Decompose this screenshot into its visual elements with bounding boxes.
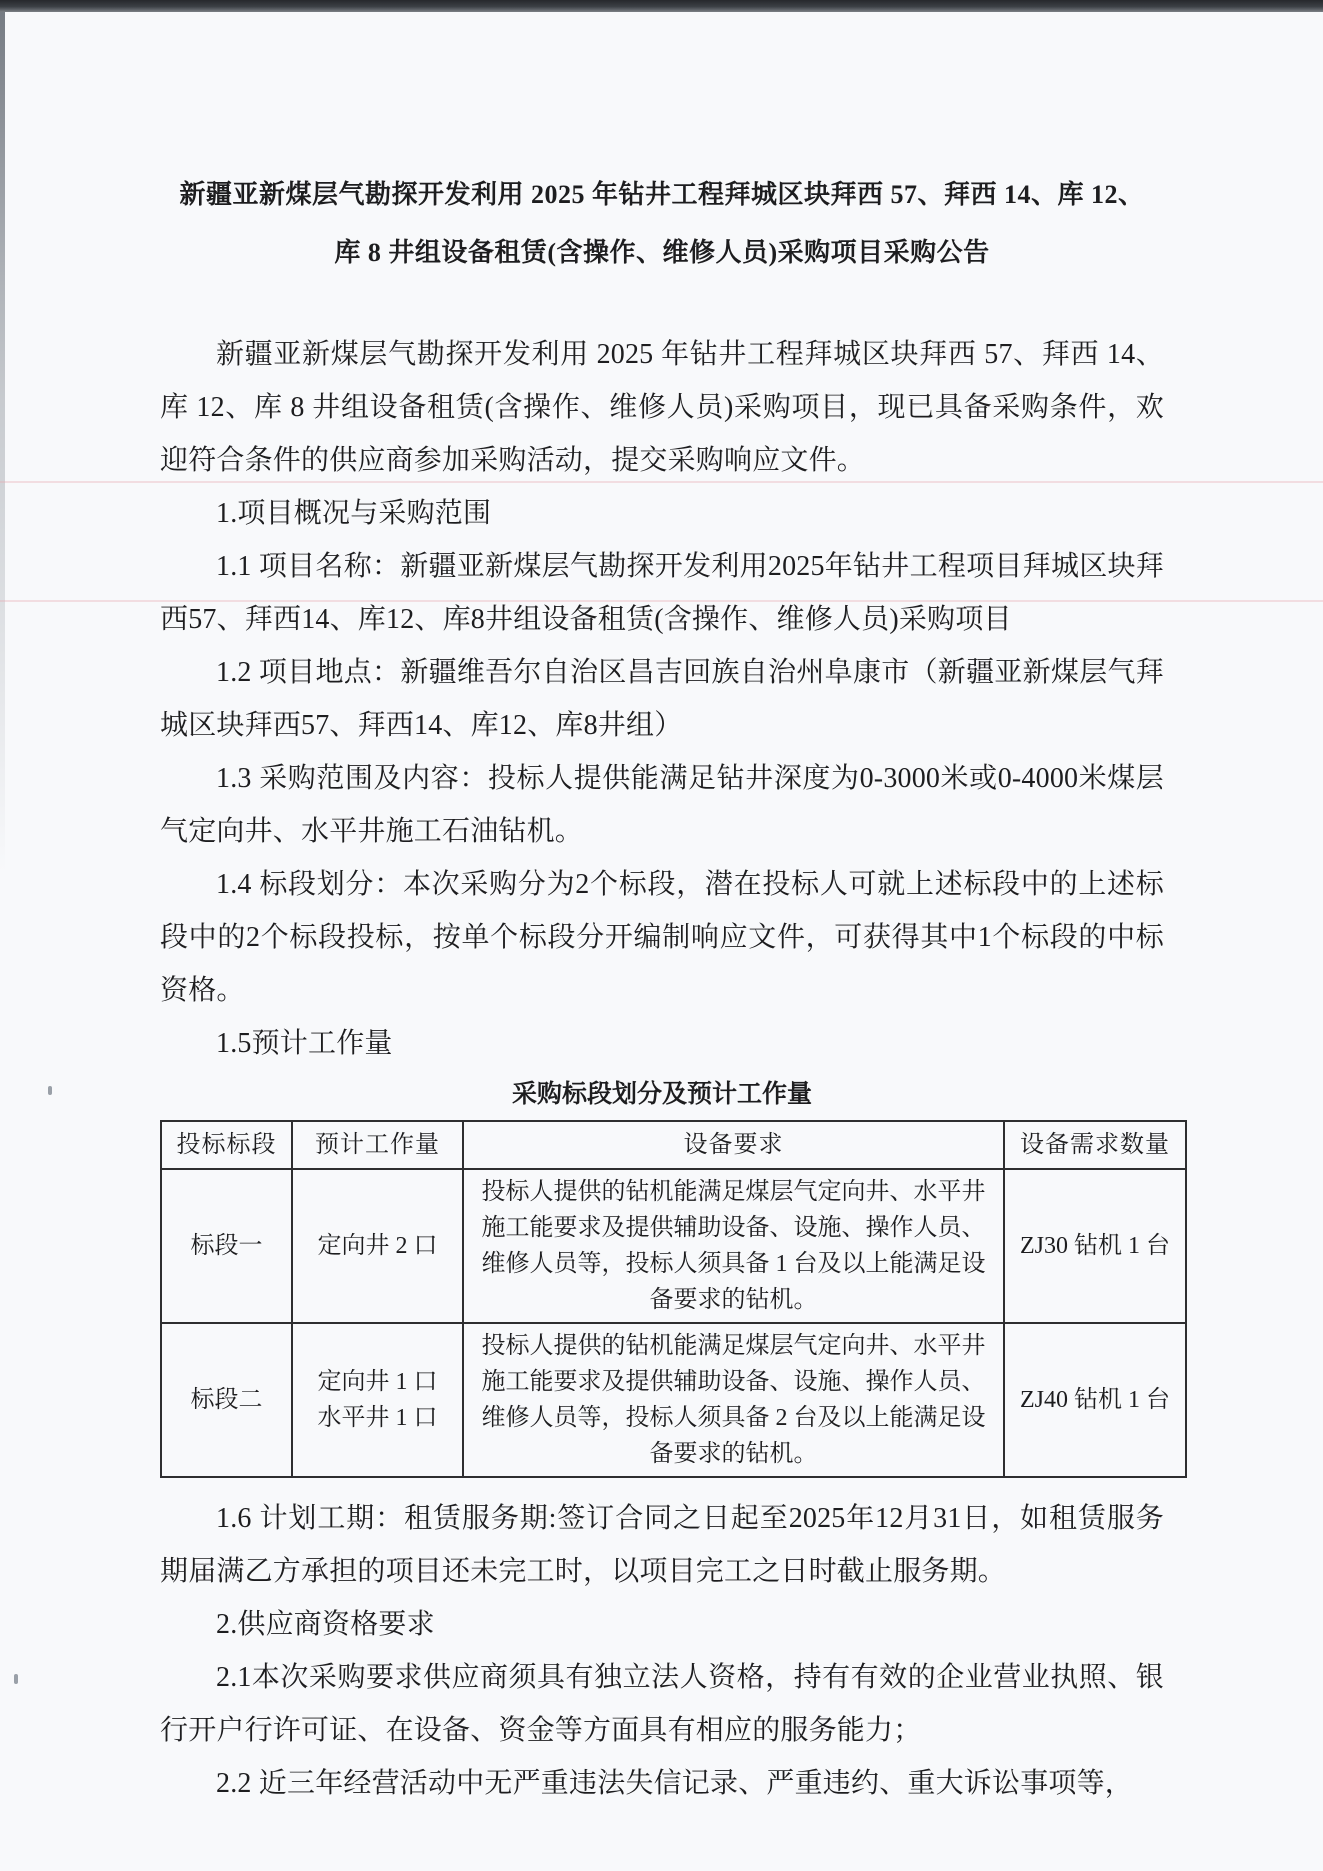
workload-line: 水平井 1 口	[301, 1400, 454, 1436]
cell-requirement-2: 投标人提供的钻机能满足煤层气定向井、水平井施工能要求及提供辅助设备、设施、操作人…	[463, 1323, 1004, 1477]
cell-workload-1: 定向井 2 口	[292, 1169, 463, 1323]
col-header-equipment-quantity: 设备需求数量	[1004, 1121, 1186, 1169]
clause-1-5: 1.5预计工作量	[160, 1017, 1164, 1070]
workload-table: 投标标段 预计工作量 设备要求 设备需求数量 标段一 定向井 2 口 投标人提供…	[160, 1120, 1187, 1478]
scanned-document-page: 新疆亚新煤层气勘探开发利用 2025 年钻井工程拜城区块拜西 57、拜西 14、…	[0, 0, 1323, 1871]
table-caption: 采购标段划分及预计工作量	[160, 1070, 1164, 1120]
page-title: 新疆亚新煤层气勘探开发利用 2025 年钻井工程拜城区块拜西 57、拜西 14、…	[160, 166, 1164, 282]
clause-2-1: 2.1本次采购要求供应商须具有独立法人资格，持有有效的企业营业执照、银行开户行许…	[160, 1651, 1164, 1757]
cell-quantity-2: ZJ40 钻机 1 台	[1004, 1323, 1186, 1477]
table-header-row: 投标标段 预计工作量 设备要求 设备需求数量	[161, 1121, 1186, 1169]
scan-speck-artifact	[48, 1086, 52, 1095]
clause-1-2: 1.2 项目地点：新疆维吾尔自治区昌吉回族自治州阜康市（新疆亚新煤层气拜城区块拜…	[160, 646, 1164, 752]
scan-left-edge-artifact	[0, 12, 5, 872]
clause-1-1: 1.1 项目名称：新疆亚新煤层气勘探开发利用2025年钻井工程项目拜城区块拜西5…	[160, 540, 1164, 646]
scan-speck-artifact	[14, 1674, 18, 1684]
cell-section-1: 标段一	[161, 1169, 292, 1323]
document-content: 新疆亚新煤层气勘探开发利用 2025 年钻井工程拜城区块拜西 57、拜西 14、…	[160, 166, 1164, 1810]
intro-paragraph: 新疆亚新煤层气勘探开发利用 2025 年钻井工程拜城区块拜西 57、拜西 14、…	[160, 328, 1164, 487]
clause-1-4: 1.4 标段划分：本次采购分为2个标段，潜在投标人可就上述标段中的上述标段中的2…	[160, 858, 1164, 1017]
workload-line: 定向井 2 口	[301, 1228, 454, 1264]
col-header-bid-section: 投标标段	[161, 1121, 292, 1169]
section-2-heading: 2.供应商资格要求	[160, 1598, 1164, 1651]
section-1-heading: 1.项目概况与采购范围	[160, 487, 1164, 540]
workload-line: 定向井 1 口	[301, 1364, 454, 1400]
cell-section-2: 标段二	[161, 1323, 292, 1477]
col-header-estimated-workload: 预计工作量	[292, 1121, 463, 1169]
col-header-equipment-requirement: 设备要求	[463, 1121, 1004, 1169]
table-row: 标段二 定向井 1 口 水平井 1 口 投标人提供的钻机能满足煤层气定向井、水平…	[161, 1323, 1186, 1477]
scan-top-edge-artifact	[0, 0, 1323, 12]
page-title-line2: 库 8 井组设备租赁(含操作、维修人员)采购项目采购公告	[160, 224, 1164, 282]
page-title-line1: 新疆亚新煤层气勘探开发利用 2025 年钻井工程拜城区块拜西 57、拜西 14、…	[160, 166, 1164, 224]
clause-2-2: 2.2 近三年经营活动中无严重违法失信记录、严重违约、重大诉讼事项等，	[160, 1757, 1164, 1810]
clause-1-6: 1.6 计划工期：租赁服务期:签订合同之日起至2025年12月31日，如租赁服务…	[160, 1492, 1164, 1598]
cell-quantity-1: ZJ30 钻机 1 台	[1004, 1169, 1186, 1323]
cell-workload-2: 定向井 1 口 水平井 1 口	[292, 1323, 463, 1477]
clause-1-3: 1.3 采购范围及内容：投标人提供能满足钻井深度为0-3000米或0-4000米…	[160, 752, 1164, 858]
cell-requirement-1: 投标人提供的钻机能满足煤层气定向井、水平井施工能要求及提供辅助设备、设施、操作人…	[463, 1169, 1004, 1323]
table-row: 标段一 定向井 2 口 投标人提供的钻机能满足煤层气定向井、水平井施工能要求及提…	[161, 1169, 1186, 1323]
